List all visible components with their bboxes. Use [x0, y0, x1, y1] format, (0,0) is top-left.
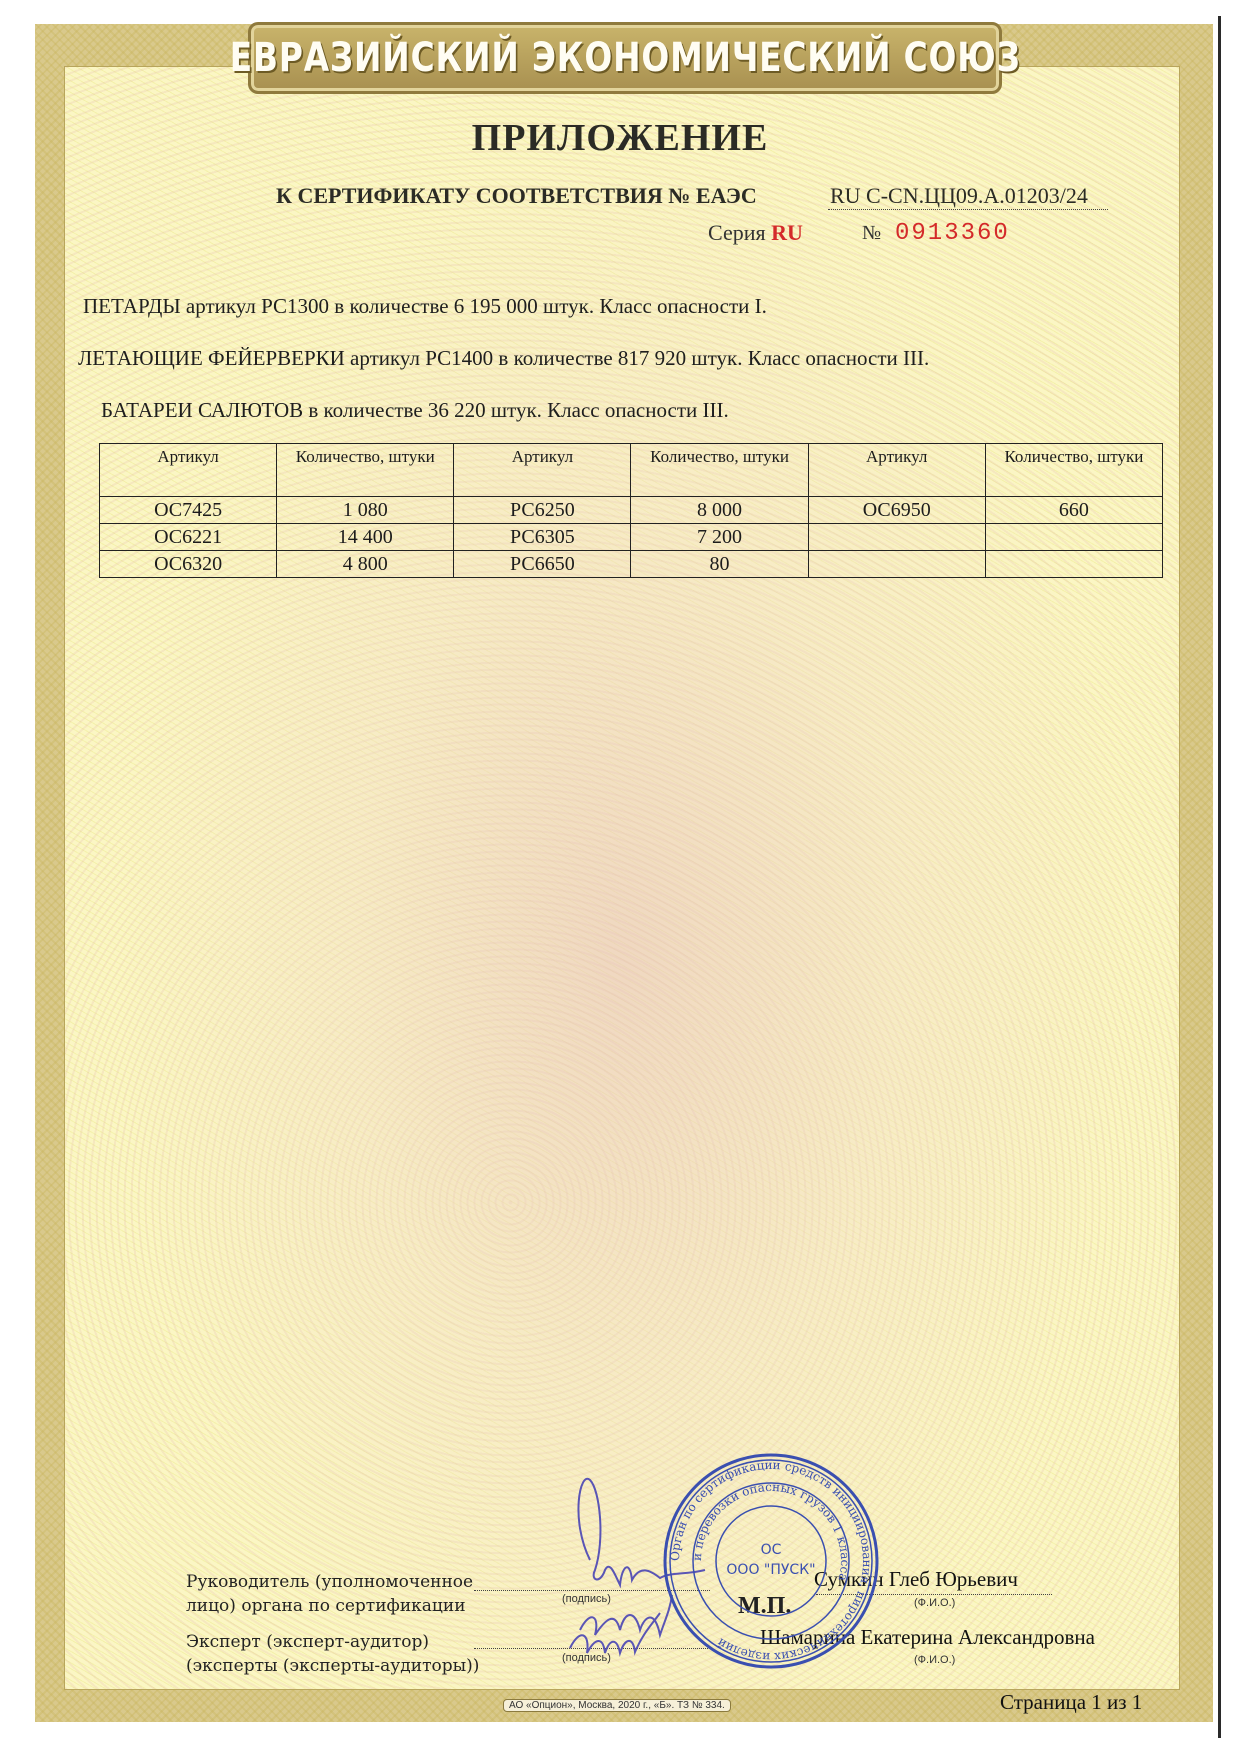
- col-article: Артикул: [454, 444, 631, 497]
- col-quantity: Количество, штуки: [277, 444, 454, 497]
- certificate-number-underline: [828, 209, 1108, 210]
- col-article: Артикул: [808, 444, 985, 497]
- quantity-cell: 4 800: [277, 551, 454, 578]
- head-name-caption: (Ф.И.О.): [914, 1597, 955, 1609]
- col-article: Артикул: [100, 444, 277, 497]
- stamp-center-1: ОС: [761, 1542, 782, 1558]
- product-line-flying-fireworks: ЛЕТАЮЩИЕ ФЕЙЕРВЕРКИ артикул РС1400 в кол…: [78, 346, 929, 371]
- head-label: Руководитель (уполномоченное лицо) орган…: [186, 1570, 473, 1618]
- expert-name-caption: (Ф.И.О.): [914, 1654, 955, 1666]
- certificate-prefix: К СЕРТИФИКАТУ СООТВЕТСТВИЯ № ЕАЭС: [276, 183, 757, 209]
- printer-imprint: АО «Опцион», Москва, 2020 г., «Б». ТЗ № …: [503, 1699, 731, 1712]
- stamp-center-2: ООО "ПУСК": [726, 1562, 815, 1578]
- article-cell: РС6650: [454, 551, 631, 578]
- quantity-cell: 14 400: [277, 524, 454, 551]
- table-header-row: Артикул Количество, штуки Артикул Количе…: [100, 444, 1163, 497]
- col-quantity: Количество, штуки: [631, 444, 808, 497]
- blank-number: 0913360: [895, 220, 1010, 247]
- head-label-line2: лицо) органа по сертификации: [186, 1594, 473, 1618]
- series: Серия RU: [708, 220, 803, 246]
- quantity-cell: [985, 524, 1162, 551]
- article-cell: [808, 524, 985, 551]
- article-cell: РС6250: [454, 497, 631, 524]
- quantity-cell: 80: [631, 551, 808, 578]
- banner-text: ЕВРАЗИЙСКИЙ ЭКОНОМИЧЕСКИЙ СОЮЗ: [230, 35, 1021, 81]
- series-label: Серия: [708, 220, 766, 245]
- article-cell: ОС7425: [100, 497, 277, 524]
- signature-expert: [565, 1608, 685, 1668]
- items-table: Артикул Количество, штуки Артикул Количе…: [99, 443, 1163, 578]
- article-cell: ОС6320: [100, 551, 277, 578]
- article-cell: ОС6221: [100, 524, 277, 551]
- expert-label: Эксперт (эксперт-аудитор) (эксперты (экс…: [186, 1630, 479, 1678]
- article-cell: [808, 551, 985, 578]
- table-row: ОС63204 800РС665080: [100, 551, 1163, 578]
- number-label: №: [862, 222, 881, 245]
- quantity-cell: 8 000: [631, 497, 808, 524]
- table-row: ОС622114 400РС63057 200: [100, 524, 1163, 551]
- product-line-petards: ПЕТАРДЫ артикул РС1300 в количестве 6 19…: [83, 294, 767, 319]
- series-value: RU: [771, 220, 803, 245]
- table-row: ОС74251 080РС62508 000ОС6950660: [100, 497, 1163, 524]
- quantity-cell: 1 080: [277, 497, 454, 524]
- expert-label-line2: (эксперты (эксперты-аудиторы)): [186, 1654, 479, 1678]
- expert-label-line1: Эксперт (эксперт-аудитор): [186, 1630, 479, 1654]
- seal-stamp: Орган по сертификации средств инициирова…: [660, 1450, 882, 1672]
- page-title: ПРИЛОЖЕНИЕ: [0, 116, 1240, 160]
- page-number: Страница 1 из 1: [1000, 1690, 1142, 1715]
- certificate-number: RU C-CN.ЦЦ09.А.01203/24: [830, 183, 1088, 209]
- scan-edge: [1218, 16, 1221, 1738]
- quantity-cell: 7 200: [631, 524, 808, 551]
- head-label-line1: Руководитель (уполномоченное: [186, 1570, 473, 1594]
- quantity-cell: [985, 551, 1162, 578]
- union-banner: ЕВРАЗИЙСКИЙ ЭКОНОМИЧЕСКИЙ СОЮЗ: [248, 22, 1002, 94]
- article-cell: РС6305: [454, 524, 631, 551]
- product-line-salute-batteries: БАТАРЕИ САЛЮТОВ в количестве 36 220 штук…: [101, 398, 729, 423]
- article-cell: ОС6950: [808, 497, 985, 524]
- quantity-cell: 660: [985, 497, 1162, 524]
- col-quantity: Количество, штуки: [985, 444, 1162, 497]
